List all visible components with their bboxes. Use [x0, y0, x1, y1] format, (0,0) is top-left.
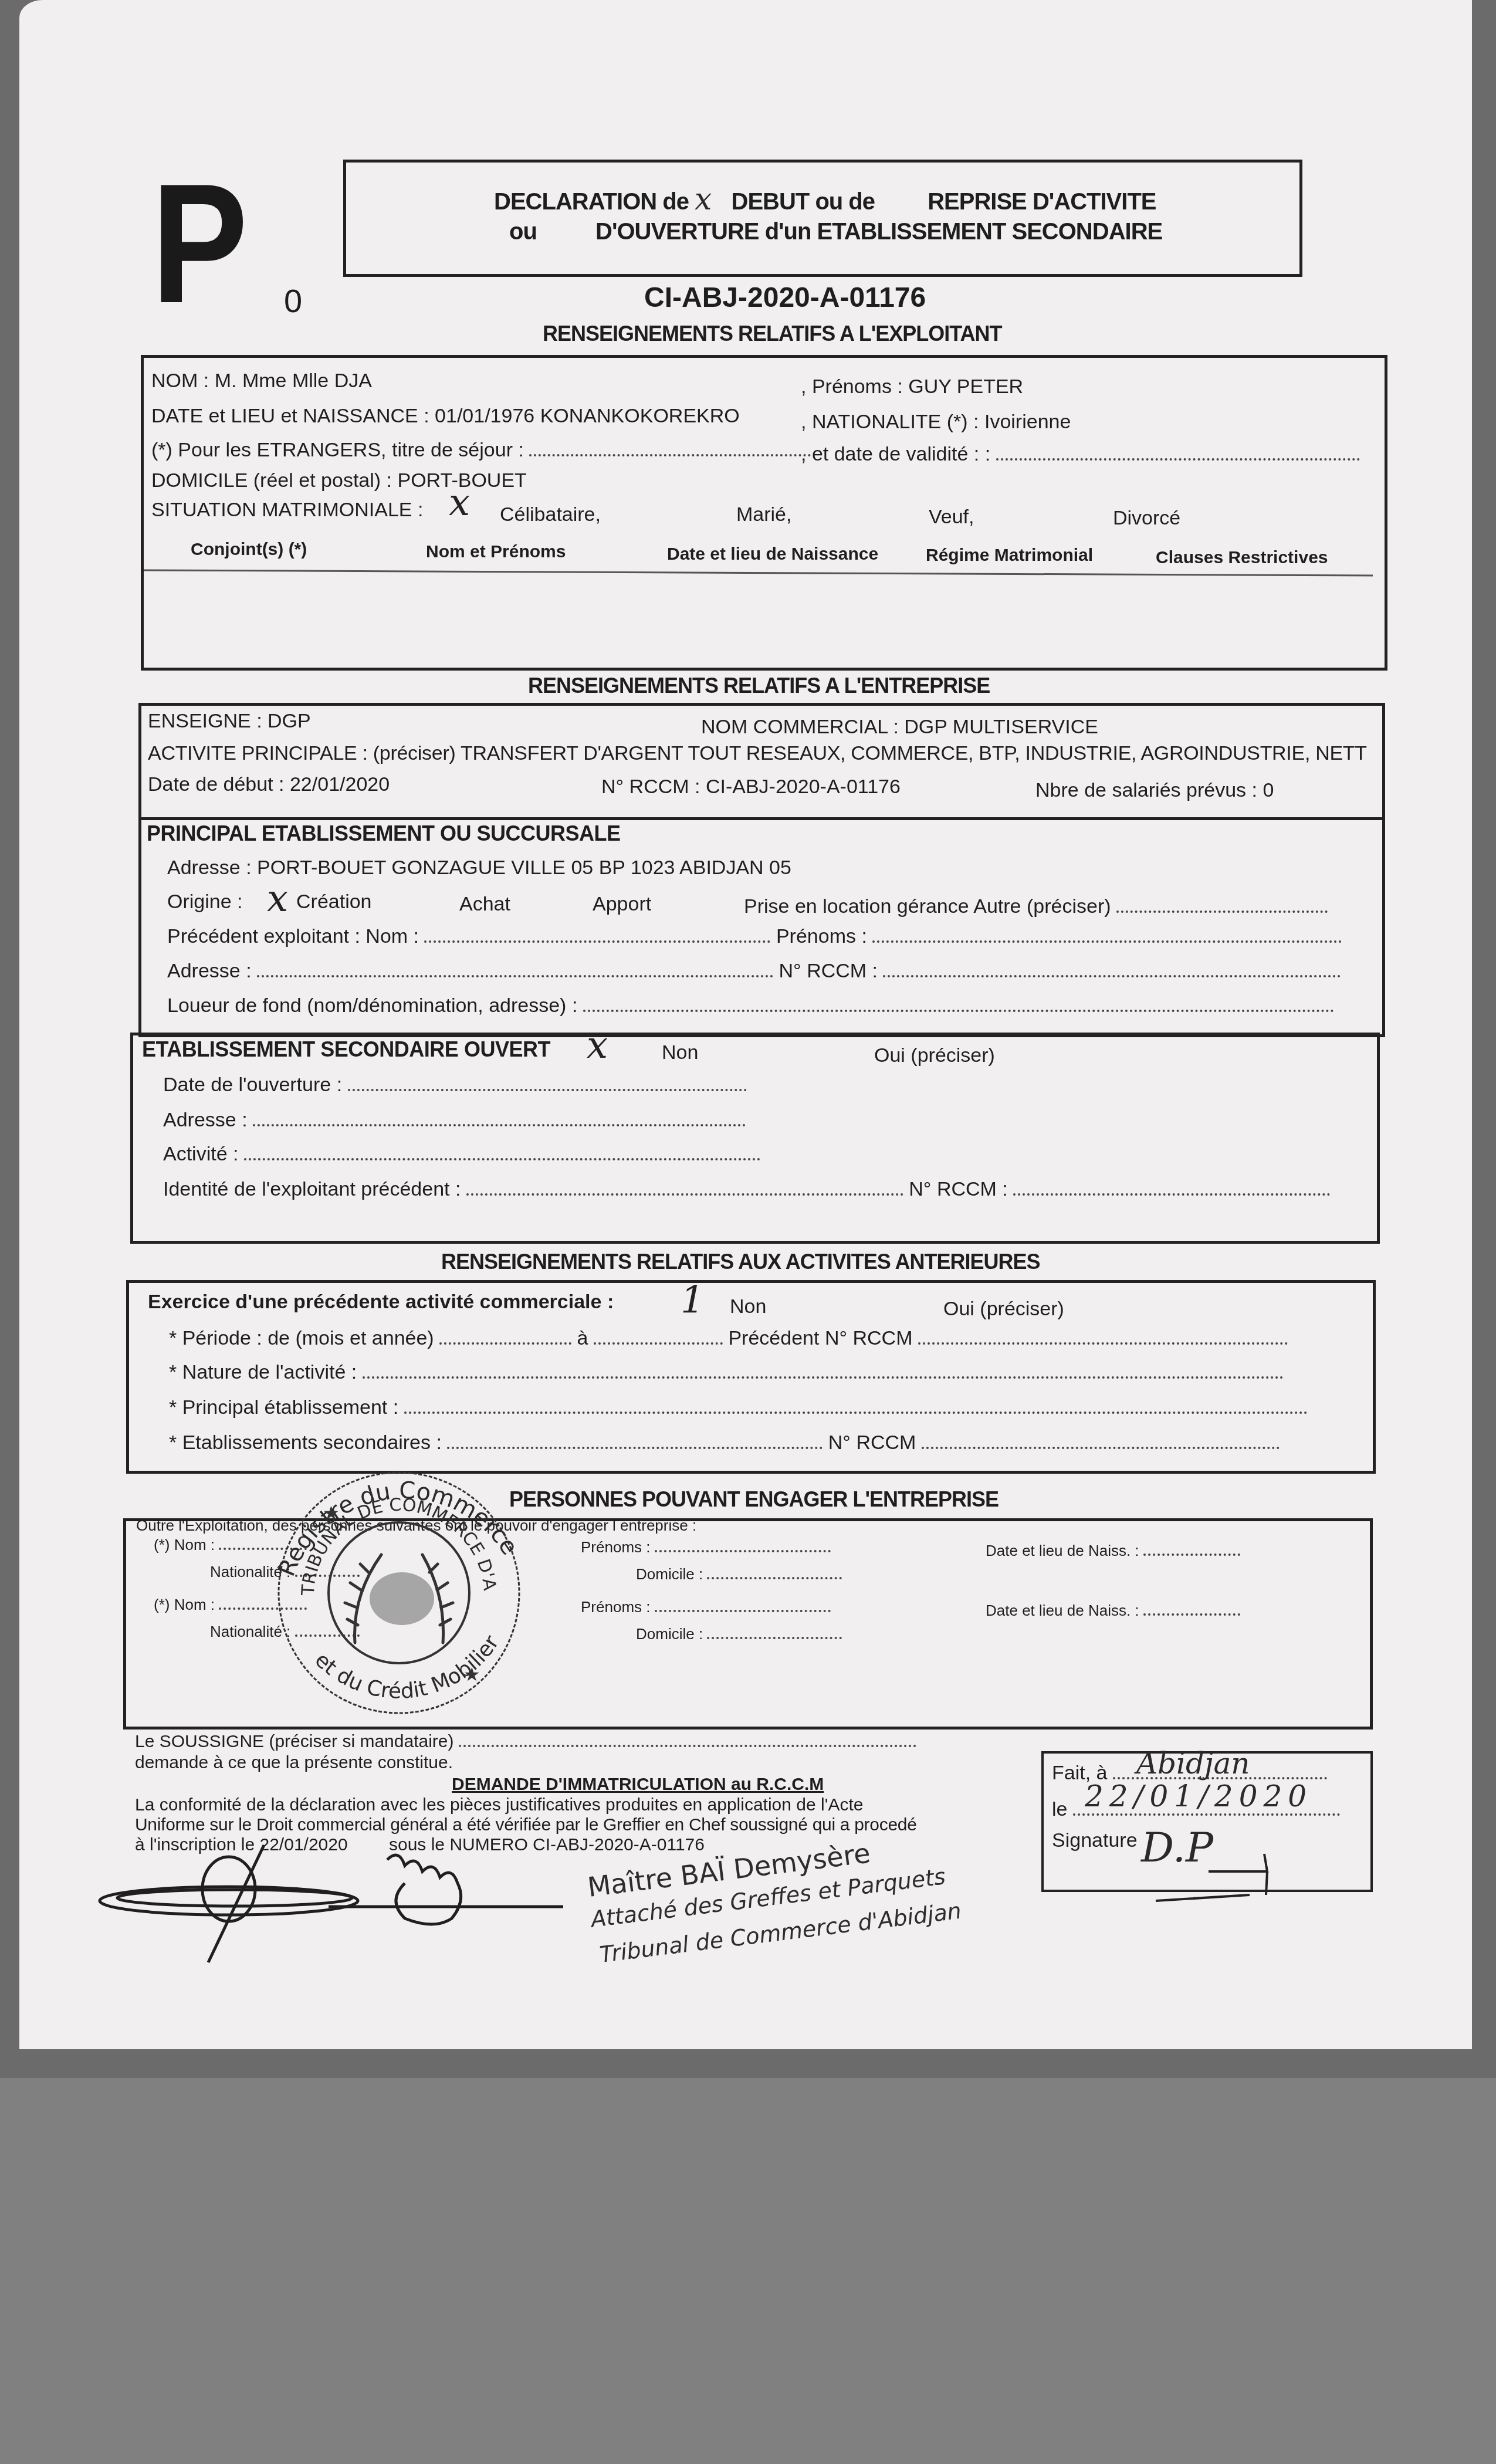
personne-2-domicile-field[interactable] [707, 1626, 842, 1639]
precedent-rccm-field[interactable] [883, 961, 1341, 977]
loueur-label: Loueur de fond (nom/dénomination, adress… [167, 994, 577, 1017]
title-line1: DECLARATION de x DEBUT ou de REPRISE D'A… [494, 182, 1156, 217]
section-heading-entreprise: RENSEIGNEMENTS RELATIFS A L'ENTREPRISE [528, 673, 990, 698]
secondaires-field[interactable] [447, 1433, 823, 1449]
personne-2-prenoms: Prénoms : [581, 1598, 831, 1616]
spouse-col-naissance: Date et lieu de Naissance [667, 544, 878, 564]
periode-de-field[interactable] [439, 1328, 571, 1345]
secondaire-identite-label: Identité de l'exploitant précédent : [163, 1178, 461, 1200]
personne-2-prenoms-label: Prénoms : [581, 1598, 651, 1616]
secondaire-box [130, 1033, 1380, 1244]
title-declaration: DECLARATION de [494, 189, 689, 215]
title-box [343, 160, 1302, 277]
personne-1-nom-label: (*) Nom : [154, 1536, 215, 1553]
nature-field[interactable] [363, 1362, 1284, 1379]
title-debut: DEBUT ou de [732, 189, 875, 215]
personne-1-naiss-label: Date et lieu de Naiss. : [986, 1542, 1139, 1559]
exercice-check-icon: 1 [681, 1279, 705, 1322]
personne-2-nom-label: (*) Nom : [154, 1596, 215, 1613]
precedent-prenoms-field[interactable] [872, 926, 1342, 943]
validite-field[interactable] [996, 444, 1360, 461]
stamp-seal-icon: Registre du Commerce et du Crédit Mobili… [252, 1449, 546, 1719]
titre-sejour-field[interactable] [529, 440, 811, 456]
principal-adresse: Adresse : PORT-BOUET GONZAGUE VILLE 05 B… [167, 857, 791, 879]
origine-check-icon: x [267, 877, 288, 920]
secondaire-identite-row: Identité de l'exploitant précédent : N° … [163, 1178, 1330, 1201]
exploitant-etrangers: (*) Pour les ETRANGERS, titre de séjour … [151, 439, 811, 462]
secondaire-heading: ETABLISSEMENT SECONDAIRE OUVERT [142, 1037, 550, 1062]
precedent-adresse-label: Adresse : [167, 960, 252, 982]
precedent-nom-field[interactable] [424, 926, 770, 943]
spouse-col-nom: Nom et Prénoms [426, 542, 566, 562]
nature-label: * Nature de l'activité : [169, 1361, 357, 1383]
fait-field[interactable]: Abidjan [1113, 1763, 1327, 1779]
spouse-col-clauses: Clauses Restrictives [1156, 548, 1328, 568]
precedent-adresse-row: Adresse : N° RCCM : [167, 960, 1341, 983]
demande-text: demande à ce que la présente constitue. [135, 1753, 453, 1773]
title-ou: ou [509, 219, 537, 245]
personne-1-domicile-field[interactable] [707, 1566, 842, 1579]
secondaire-activite-field[interactable] [244, 1144, 760, 1160]
secondaire-adresse-row: Adresse : [163, 1109, 746, 1132]
enseigne: ENSEIGNE : DGP [148, 710, 311, 733]
spouse-col-regime: Régime Matrimonial [926, 546, 1093, 566]
exercice-option-oui[interactable]: Oui (préciser) [943, 1298, 1064, 1321]
soussigne-row: Le SOUSSIGNE (préciser si mandataire) [135, 1732, 916, 1752]
personne-1-prenoms-field[interactable] [655, 1539, 831, 1552]
entreprise-rccm: N° RCCM : CI-ABJ-2020-A-01176 [601, 776, 901, 798]
nom-commercial: NOM COMMERCIAL : DGP MULTISERVICE [701, 716, 1098, 739]
precedent-adresse-field[interactable] [257, 961, 773, 977]
section-heading-exploitant: RENSEIGNEMENTS RELATIFS A L'EXPLOITANT [543, 321, 1002, 346]
nbre-salaries: Nbre de salariés prévus : 0 [1035, 779, 1274, 802]
situation-option-divorce[interactable]: Divorcé [1113, 507, 1180, 530]
check-mark-icon: x [695, 182, 711, 217]
personne-1-prenoms-label: Prénoms : [581, 1538, 651, 1556]
exploitant-naissance: DATE et LIEU et NAISSANCE : 01/01/1976 K… [151, 405, 740, 428]
immatriculation-heading: DEMANDE D'IMMATRICULATION au R.C.C.M [452, 1775, 824, 1795]
principal-etab-field[interactable] [404, 1397, 1308, 1414]
origine-option-achat[interactable]: Achat [459, 893, 510, 916]
secondaire-adresse-field[interactable] [253, 1110, 746, 1126]
periode-row: * Période : de (mois et année) à Précéde… [169, 1327, 1288, 1350]
secondaire-rccm-field[interactable] [1013, 1179, 1330, 1196]
date-ouverture-label: Date de l'ouverture : [163, 1074, 342, 1096]
personne-1-prenoms: Prénoms : [581, 1538, 831, 1556]
personne-2-naiss: Date et lieu de Naiss. : [986, 1602, 1240, 1620]
periode-a-field[interactable] [594, 1328, 723, 1345]
origine-option-apport[interactable]: Apport [593, 893, 651, 916]
etrangers-label: (*) Pour les ETRANGERS, titre de séjour … [151, 439, 524, 461]
section-heading-personnes: PERSONNES POUVANT ENGAGER L'ENTREPRISE [509, 1487, 999, 1512]
personne-2-domicile: Domicile : [636, 1625, 842, 1643]
exercice-label: Exercice d'une précédente activité comme… [148, 1291, 614, 1314]
situation-option-veuf[interactable]: Veuf, [929, 506, 974, 529]
precedent-prenoms-label: Prénoms : [776, 925, 867, 947]
personne-1-domicile-label: Domicile : [636, 1565, 703, 1583]
svg-text:★: ★ [463, 1664, 480, 1685]
periode-label: * Période : de (mois et année) [169, 1327, 434, 1349]
origine-label: Origine : [167, 891, 243, 913]
principal-etab-label: * Principal établissement : [169, 1396, 398, 1419]
validite-label: , et date de validité : : [801, 443, 990, 465]
situation-label: SITUATION MATRIMONIALE : [151, 499, 423, 522]
date-debut: Date de début : 22/01/2020 [148, 773, 390, 796]
secondaire-check-icon: x [587, 1024, 608, 1067]
personne-1-naiss-field[interactable] [1143, 1543, 1240, 1556]
title-ouverture: D'OUVERTURE d'un ETABLISSEMENT SECONDAIR… [595, 219, 1162, 245]
client-signature-stroke-icon [1132, 1848, 1320, 1907]
precedent-nom-label: Précédent exploitant : Nom : [167, 925, 419, 947]
personne-1-naiss: Date et lieu de Naiss. : [986, 1542, 1240, 1560]
section-heading-anterieures: RENSEIGNEMENTS RELATIFS AUX ACTIVITES AN… [441, 1250, 1040, 1274]
exploitant-nom: NOM : M. Mme Mlle DJA [151, 370, 372, 392]
form-letter-sub: 0 [284, 282, 302, 320]
secondaire-option-oui[interactable]: Oui (préciser) [874, 1044, 995, 1067]
situation-option-celibataire[interactable]: Célibataire, [500, 503, 601, 526]
origine-autre-field[interactable] [1116, 896, 1328, 913]
precedent-rccm-label-2: Précédent N° RCCM [728, 1327, 912, 1349]
loueur-field[interactable] [583, 996, 1334, 1012]
principal-heading: PRINCIPAL ETABLISSEMENT OU SUCCURSALE [147, 821, 621, 846]
date-ouverture-row: Date de l'ouverture : [163, 1074, 747, 1096]
secondaire-activite-label: Activité : [163, 1143, 238, 1165]
precedent-nom-row: Précédent exploitant : Nom : Prénoms : [167, 925, 1342, 948]
activite-principale: ACTIVITE PRINCIPALE : (préciser) TRANSFE… [148, 742, 1367, 765]
secondaires-rccm-field[interactable] [922, 1433, 1280, 1449]
soussigne-field[interactable] [459, 1733, 916, 1747]
title-line2: ou D'OUVERTURE d'un ETABLISSEMENT SECOND… [509, 219, 1162, 245]
exploitant-prenoms: , Prénoms : GUY PETER [801, 375, 1023, 398]
exercice-option-non[interactable]: Non [730, 1295, 766, 1318]
personne-2-naiss-field[interactable] [1143, 1603, 1240, 1616]
conformite-line-2: Uniforme sur le Droit commercial général… [135, 1815, 917, 1835]
secondaire-activite-row: Activité : [163, 1143, 760, 1166]
date-ouverture-field[interactable] [348, 1075, 747, 1091]
personne-1-domicile: Domicile : [636, 1565, 842, 1583]
title-reprise: REPRISE D'ACTIVITE [928, 189, 1156, 215]
secondaire-rccm-label: N° RCCM : [909, 1178, 1007, 1200]
svg-text:★: ★ [323, 1502, 340, 1524]
secondaire-option-non[interactable]: Non [662, 1041, 698, 1064]
personne-2-naiss-label: Date et lieu de Naiss. : [986, 1602, 1139, 1619]
principal-etab-row: * Principal établissement : [169, 1396, 1308, 1419]
situation-check-icon: x [449, 481, 470, 524]
precedent-rccm-label: N° RCCM : [779, 960, 878, 982]
situation-option-marie[interactable]: Marié, [736, 503, 791, 526]
signature-label: Signature [1052, 1829, 1138, 1852]
periode-a-label: à [577, 1327, 588, 1349]
greffier-signature-icon [94, 1842, 575, 1983]
soussigne-label: Le SOUSSIGNE (préciser si mandataire) [135, 1732, 454, 1751]
le-row: le 22/01/2020 [1052, 1798, 1340, 1821]
exploitant-domicile: DOMICILE (réel et postal) : PORT-BOUET [151, 469, 527, 492]
le-value: 22/01/2020 [1085, 1779, 1312, 1813]
origine-autre-label: Prise en location gérance Autre (précise… [744, 895, 1111, 918]
personne-2-domicile-label: Domicile : [636, 1625, 703, 1643]
le-field[interactable]: 22/01/2020 [1073, 1799, 1340, 1816]
registry-stamp: Registre du Commerce et du Crédit Mobili… [252, 1449, 546, 1719]
conformite-line-1: La conformité de la déclaration avec les… [135, 1795, 863, 1815]
loueur-row: Loueur de fond (nom/dénomination, adress… [167, 994, 1334, 1017]
le-label: le [1052, 1798, 1067, 1820]
nature-row: * Nature de l'activité : [169, 1361, 1284, 1384]
origine-option-autre[interactable]: Prise en location gérance Autre (précise… [744, 895, 1328, 918]
rccm-number: CI-ABJ-2020-A-01176 [644, 282, 926, 314]
form-letter: P [151, 158, 248, 329]
spouse-col-conjoint: Conjoint(s) (*) [191, 540, 307, 560]
personne-2-prenoms-field[interactable] [655, 1599, 831, 1612]
precedent-rccm-field-2[interactable] [918, 1328, 1288, 1345]
secondaire-identite-field[interactable] [466, 1179, 903, 1196]
secondaire-adresse-label: Adresse : [163, 1109, 248, 1131]
exploitant-validite: , et date de validité : : [801, 443, 1360, 466]
secondaires-rccm-label: N° RCCM [828, 1431, 916, 1454]
exploitant-nationalite: , NATIONALITE (*) : Ivoirienne [801, 411, 1071, 434]
fait-value: Abidjan [1136, 1747, 1250, 1781]
origine-option-creation[interactable]: Création [296, 891, 372, 913]
